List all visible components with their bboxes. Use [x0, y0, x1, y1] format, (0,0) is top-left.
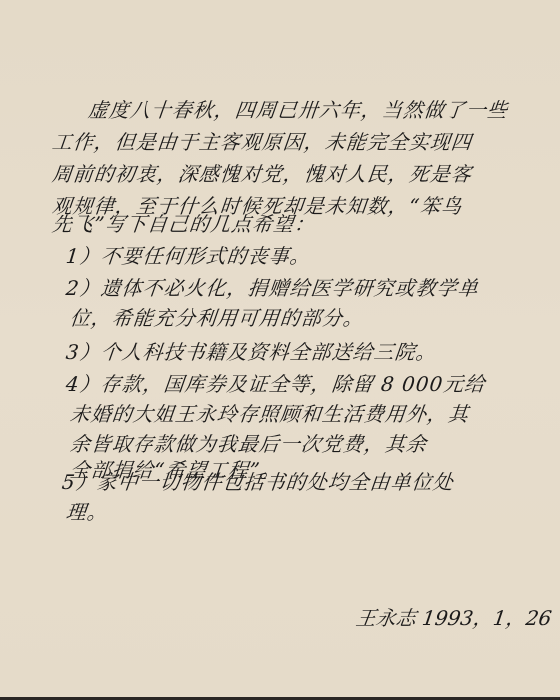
letter-line-3: 周前的初衷，深感愧对党，愧对人民，死是客	[51, 162, 474, 186]
letter-line-11: 未婚的大姐王永玲存照顾和生活费用外，其	[69, 402, 471, 426]
letter-line-2: 工作，但是由于主客观原因，未能完全实现四	[51, 130, 474, 154]
letter-line-6: 1）不要任何形式的丧事。	[65, 244, 312, 268]
letter-line-14: 5）家中一切物件包括书的处均全由单位处	[61, 470, 455, 494]
signature-and-date: 王永志 1993，1，26	[354, 606, 553, 630]
letter-line-15: 理。	[65, 500, 110, 524]
letter-line-10: 4）存款，国库券及证全等，除留 8 000元给	[65, 372, 487, 396]
letter-line-8: 位，希能充分利用可用的部分。	[69, 306, 366, 330]
letter-line-9: 3）个人科技书籍及资料全部送给三院。	[65, 340, 438, 364]
letter-line-12: 余皆取存款做为我最后一次党费，其余	[69, 432, 429, 456]
letter-line-5: 先飞”写下自己的几点希望：	[51, 212, 317, 236]
letter-line-1: 虚度八十春秋，四周已卅六年，当然做了一些	[87, 98, 510, 122]
letter-line-7: 2）遗体不必火化，捐赠给医学研究或教学单	[65, 276, 480, 300]
letter-paper: 虚度八十春秋，四周已卅六年，当然做了一些 工作，但是由于主客观原因，未能完全实现…	[0, 0, 560, 697]
